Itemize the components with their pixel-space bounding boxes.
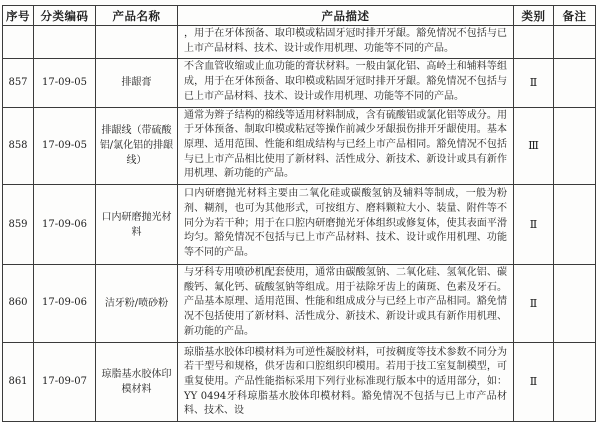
cell-category: Ⅲ: [514, 107, 554, 185]
col-header-category: 类别: [514, 6, 554, 26]
cell-desc: 琼脂基水胶体印模材料为可逆性凝胶材料，可按稠度等技术参数不同分为若干型号和规格，…: [178, 342, 514, 391]
cell-note: [554, 342, 596, 391]
cell-name: 排龈膏: [96, 59, 178, 107]
table-row-continuation: ，用于在牙体预备、取印模或粘固牙冠时排开牙龈。豁免情况不包括与已上市产品材料、技…: [3, 26, 596, 59]
cell-code: 17-09-06: [34, 265, 96, 343]
table-row-859: 859 17-09-06 口内研磨抛光材料 口内研磨抛光材料主要由二氧化硅或碳酸…: [3, 185, 596, 265]
cell-note: [554, 26, 596, 59]
table-row-860: 860 17-09-06 洁牙粉/喷砂粉 与牙科专用喷砂机配套使用，通常由碳酸氢…: [3, 265, 596, 343]
col-header-code: 分类编码: [34, 6, 96, 26]
cell-code: [34, 26, 96, 59]
table-header-row: 序号 分类编码 产品名称 产品描述 类别 备注: [3, 6, 596, 26]
cell-seq: 861: [3, 342, 34, 391]
cell-seq: 860: [3, 265, 34, 343]
cell-category: Ⅱ: [514, 185, 554, 265]
cell-seq: 859: [3, 185, 34, 265]
cell-code: 17-09-07: [34, 342, 96, 391]
cell-seq: [3, 26, 34, 59]
col-header-seq: 序号: [3, 6, 34, 26]
cell-seq: 858: [3, 107, 34, 185]
cell-note: [554, 59, 596, 107]
table-row-857: 857 17-09-05 排龈膏 不含血管收缩或止血功能的膏状材料。一般由氯化铝…: [3, 59, 596, 107]
table-row-858: 858 17-09-05 排龈线（带硫酸铝/氯化铝的排龈线） 通常为辫子结构的棉…: [3, 107, 596, 185]
cell-note: [554, 107, 596, 185]
cell-note: [554, 265, 596, 343]
product-classification-table: 序号 分类编码 产品名称 产品描述 类别 备注 ，用于在牙体预备、取印模或粘固牙…: [2, 5, 596, 391]
col-header-name: 产品名称: [96, 6, 178, 26]
table-row-861: 861 17-09-07 琼脂基水胶体印模材料 琼脂基水胶体印模材料为可逆性凝胶…: [3, 342, 596, 391]
cell-name: 排龈线（带硫酸铝/氯化铝的排龈线）: [96, 107, 178, 185]
cell-name: 口内研磨抛光材料: [96, 185, 178, 265]
document-page: 序号 分类编码 产品名称 产品描述 类别 备注 ，用于在牙体预备、取印模或粘固牙…: [2, 5, 596, 391]
cell-desc: 口内研磨抛光材料主要由二氧化硅或碳酸氢钠及辅料等制成，一般为粉剂、糊剂，也可为其…: [178, 185, 514, 265]
cell-note: [554, 185, 596, 265]
col-header-desc: 产品描述: [178, 6, 514, 26]
cell-name: 洁牙粉/喷砂粉: [96, 265, 178, 343]
cell-code: 17-09-05: [34, 59, 96, 107]
cell-desc: ，用于在牙体预备、取印模或粘固牙冠时排开牙龈。豁免情况不包括与已上市产品材料、技…: [178, 26, 514, 59]
cell-name: [96, 26, 178, 59]
cell-code: 17-09-05: [34, 107, 96, 185]
cell-desc: 与牙科专用喷砂机配套使用，通常由碳酸氢钠、二氧化硅、氢氧化铝、碳酸钙、氟化钙、硫…: [178, 265, 514, 343]
cell-category: [514, 26, 554, 59]
cell-code: 17-09-06: [34, 185, 96, 265]
cell-desc: 通常为辫子结构的棉线等适用材料制成，含有硫酸铝或氯化铝等成分。用于牙体预备、制取…: [178, 107, 514, 185]
cell-desc: 不含血管收缩或止血功能的膏状材料。一般由氯化铝、高岭土和辅料等组成，用于在牙体预…: [178, 59, 514, 107]
cell-name: 琼脂基水胶体印模材料: [96, 342, 178, 391]
col-header-note: 备注: [554, 6, 596, 26]
cell-seq: 857: [3, 59, 34, 107]
cell-category: Ⅱ: [514, 265, 554, 343]
cell-category: Ⅱ: [514, 59, 554, 107]
cell-category: Ⅱ: [514, 342, 554, 391]
